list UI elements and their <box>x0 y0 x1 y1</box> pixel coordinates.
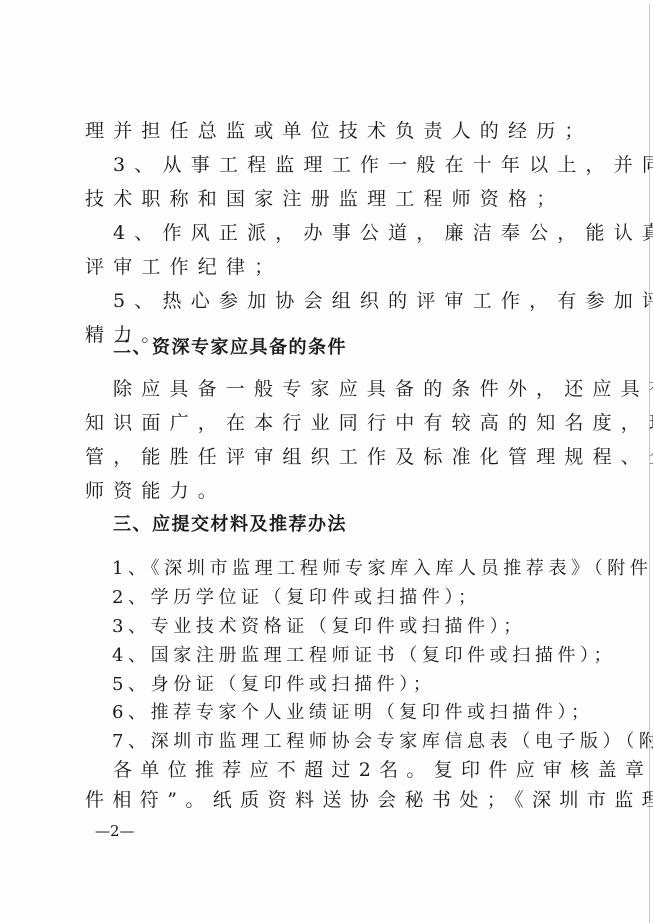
paragraph-line: 师资能力。 <box>85 479 226 503</box>
paragraph-line: 技术职称和国家注册监理工程师资格； <box>85 187 564 211</box>
paragraph-line: 评审工作纪律； <box>85 255 282 279</box>
paragraph-line: 件相符”。纸质资料送协会秘书处；《深圳市监理工程师协会专 <box>85 788 653 812</box>
criteria-item-3: 3、从事工程监理工作一般在十年以上，并同时具有高级专业 <box>113 153 653 177</box>
paragraph-line: 各单位推荐应不超过2名。复印件应审核盖章，注明“与原 <box>113 758 653 782</box>
material-item-1: 1、《深圳市监理工程师专家库入库人员推荐表》（附件1）； <box>112 557 653 581</box>
material-item-6: 6、推荐专家个人业绩证明（复印件或扫描件）； <box>112 701 594 725</box>
paragraph-line: 除应具备一般专家应具备的条件外，还应具有学术造诣深， <box>113 377 653 401</box>
material-item-7: 7、深圳市监理工程师协会专家库信息表（电子版）（附件2）。 <box>112 730 653 754</box>
document-page: 理并担任总监或单位技术负责人的经历； 3、从事工程监理工作一般在十年以上，并同时… <box>0 0 653 923</box>
material-item-5: 5、身份证（复印件或扫描件）； <box>112 673 435 697</box>
section-heading-3: 三、应提交材料及推荐办法 <box>113 513 347 537</box>
criteria-item-4: 4、作风正派，办事公道，廉洁奉公，能认真履行职责，遵守 <box>113 221 653 245</box>
material-item-2: 2、学历学位证（复印件或扫描件）； <box>112 586 481 610</box>
material-item-3: 3、专业技术资格证（复印件或扫描件）； <box>112 615 526 639</box>
section-heading-2: 二、资深专家应具备的条件 <box>113 336 347 360</box>
criteria-item-5: 5、热心参加协会组织的评审工作，有参加评审活动的时间和 <box>113 289 653 313</box>
page-number: —2— <box>95 821 135 841</box>
paragraph-line: 管，能胜任评审组织工作及标准化管理规程、企业信用管理培训 <box>85 445 653 469</box>
paragraph-line: 知识面广，在本行业同行中有较高的知名度，现任企业总工或高 <box>85 411 653 435</box>
material-item-4: 4、国家注册监理工程师证书（复印件或扫描件）； <box>112 644 616 668</box>
paragraph-line: 理并担任总监或单位技术负责人的经历； <box>85 119 593 143</box>
